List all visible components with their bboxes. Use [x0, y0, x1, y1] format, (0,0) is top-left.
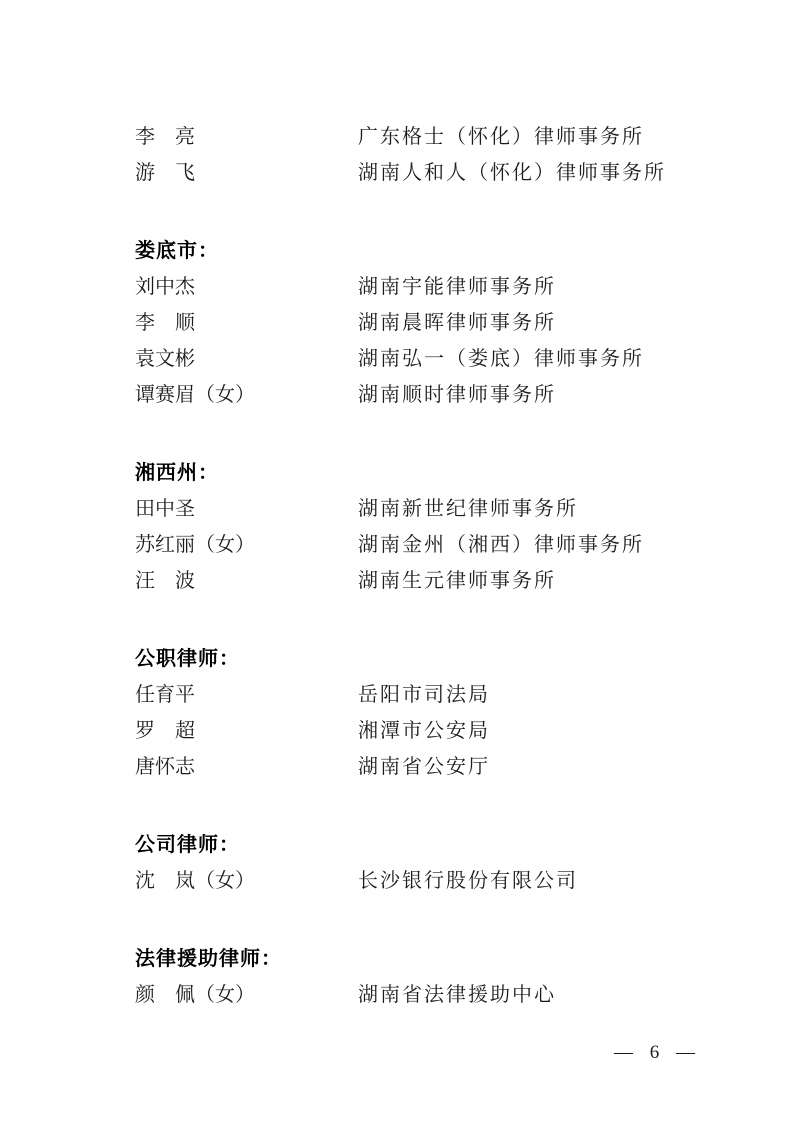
section: 公职律师：任育平岳阳市司法局罗 超湘潭市公安局唐怀志湖南省公安厅: [135, 641, 734, 785]
lawyer-name: 唐怀志: [135, 749, 358, 785]
lawyer-organization: 湖南省法律援助中心: [358, 977, 734, 1013]
lawyer-name: 刘中杰: [135, 269, 358, 305]
lawyer-name: 苏红丽（女）: [135, 527, 358, 563]
lawyer-row: 游 飞湖南人和人（怀化）律师事务所: [135, 155, 734, 191]
lawyer-row: 颜 佩（女）湖南省法律援助中心: [135, 977, 734, 1013]
lawyer-name: 罗 超: [135, 713, 358, 749]
section: 公司律师：沈 岚（女）长沙银行股份有限公司: [135, 827, 734, 899]
lawyer-row: 袁文彬湖南弘一（娄底）律师事务所: [135, 341, 734, 377]
lawyer-row: 沈 岚（女）长沙银行股份有限公司: [135, 863, 734, 899]
section-heading: 湘西州：: [135, 455, 734, 491]
lawyer-organization: 湖南晨晖律师事务所: [358, 305, 734, 341]
lawyer-row: 唐怀志湖南省公安厅: [135, 749, 734, 785]
lawyer-row: 谭赛眉（女）湖南顺时律师事务所: [135, 377, 734, 413]
lawyer-organization: 长沙银行股份有限公司: [358, 863, 734, 899]
section: 娄底市：刘中杰湖南宇能律师事务所李 顺湖南晨晖律师事务所袁文彬湖南弘一（娄底）律…: [135, 233, 734, 413]
lawyer-organization: 湖南顺时律师事务所: [358, 377, 734, 413]
lawyer-row: 李 亮广东格士（怀化）律师事务所: [135, 119, 734, 155]
lawyer-name: 颜 佩（女）: [135, 977, 358, 1013]
page-number: — 6 —: [0, 1035, 697, 1071]
lawyer-name: 游 飞: [135, 155, 358, 191]
section: 湘西州：田中圣湖南新世纪律师事务所苏红丽（女）湖南金州（湘西）律师事务所汪 波湖…: [135, 455, 734, 599]
lawyer-organization: 湖南省公安厅: [358, 749, 734, 785]
section-heading: 娄底市：: [135, 233, 734, 269]
lawyer-row: 汪 波湖南生元律师事务所: [135, 563, 734, 599]
document-page: 李 亮广东格士（怀化）律师事务所游 飞湖南人和人（怀化）律师事务所娄底市：刘中杰…: [0, 0, 794, 1123]
lawyer-row: 田中圣湖南新世纪律师事务所: [135, 491, 734, 527]
lawyer-row: 苏红丽（女）湖南金州（湘西）律师事务所: [135, 527, 734, 563]
lawyer-organization: 湖南弘一（娄底）律师事务所: [358, 341, 734, 377]
lawyer-row: 李 顺湖南晨晖律师事务所: [135, 305, 734, 341]
lawyer-name: 汪 波: [135, 563, 358, 599]
section-heading: 公司律师：: [135, 827, 734, 863]
lawyer-organization: 岳阳市司法局: [358, 677, 734, 713]
lawyer-name: 任育平: [135, 677, 358, 713]
lawyer-name: 袁文彬: [135, 341, 358, 377]
section-heading: 法律援助律师：: [135, 941, 734, 977]
lawyer-name: 李 顺: [135, 305, 358, 341]
lawyer-organization: 湖南新世纪律师事务所: [358, 491, 734, 527]
lawyer-organization: 湖南人和人（怀化）律师事务所: [358, 155, 734, 191]
section-heading: 公职律师：: [135, 641, 734, 677]
lawyer-name: 田中圣: [135, 491, 358, 527]
section: 李 亮广东格士（怀化）律师事务所游 飞湖南人和人（怀化）律师事务所: [135, 119, 734, 191]
lawyer-row: 刘中杰湖南宇能律师事务所: [135, 269, 734, 305]
section: 法律援助律师：颜 佩（女）湖南省法律援助中心: [135, 941, 734, 1013]
lawyer-organization: 广东格士（怀化）律师事务所: [358, 119, 734, 155]
lawyer-organization: 湖南金州（湘西）律师事务所: [358, 527, 734, 563]
lawyer-row: 罗 超湘潭市公安局: [135, 713, 734, 749]
lawyer-name: 李 亮: [135, 119, 358, 155]
lawyer-row: 任育平岳阳市司法局: [135, 677, 734, 713]
lawyer-name: 谭赛眉（女）: [135, 377, 358, 413]
lawyer-organization: 湘潭市公安局: [358, 713, 734, 749]
lawyer-name: 沈 岚（女）: [135, 863, 358, 899]
lawyer-list: 李 亮广东格士（怀化）律师事务所游 飞湖南人和人（怀化）律师事务所娄底市：刘中杰…: [135, 119, 734, 1013]
lawyer-organization: 湖南宇能律师事务所: [358, 269, 734, 305]
lawyer-organization: 湖南生元律师事务所: [358, 563, 734, 599]
